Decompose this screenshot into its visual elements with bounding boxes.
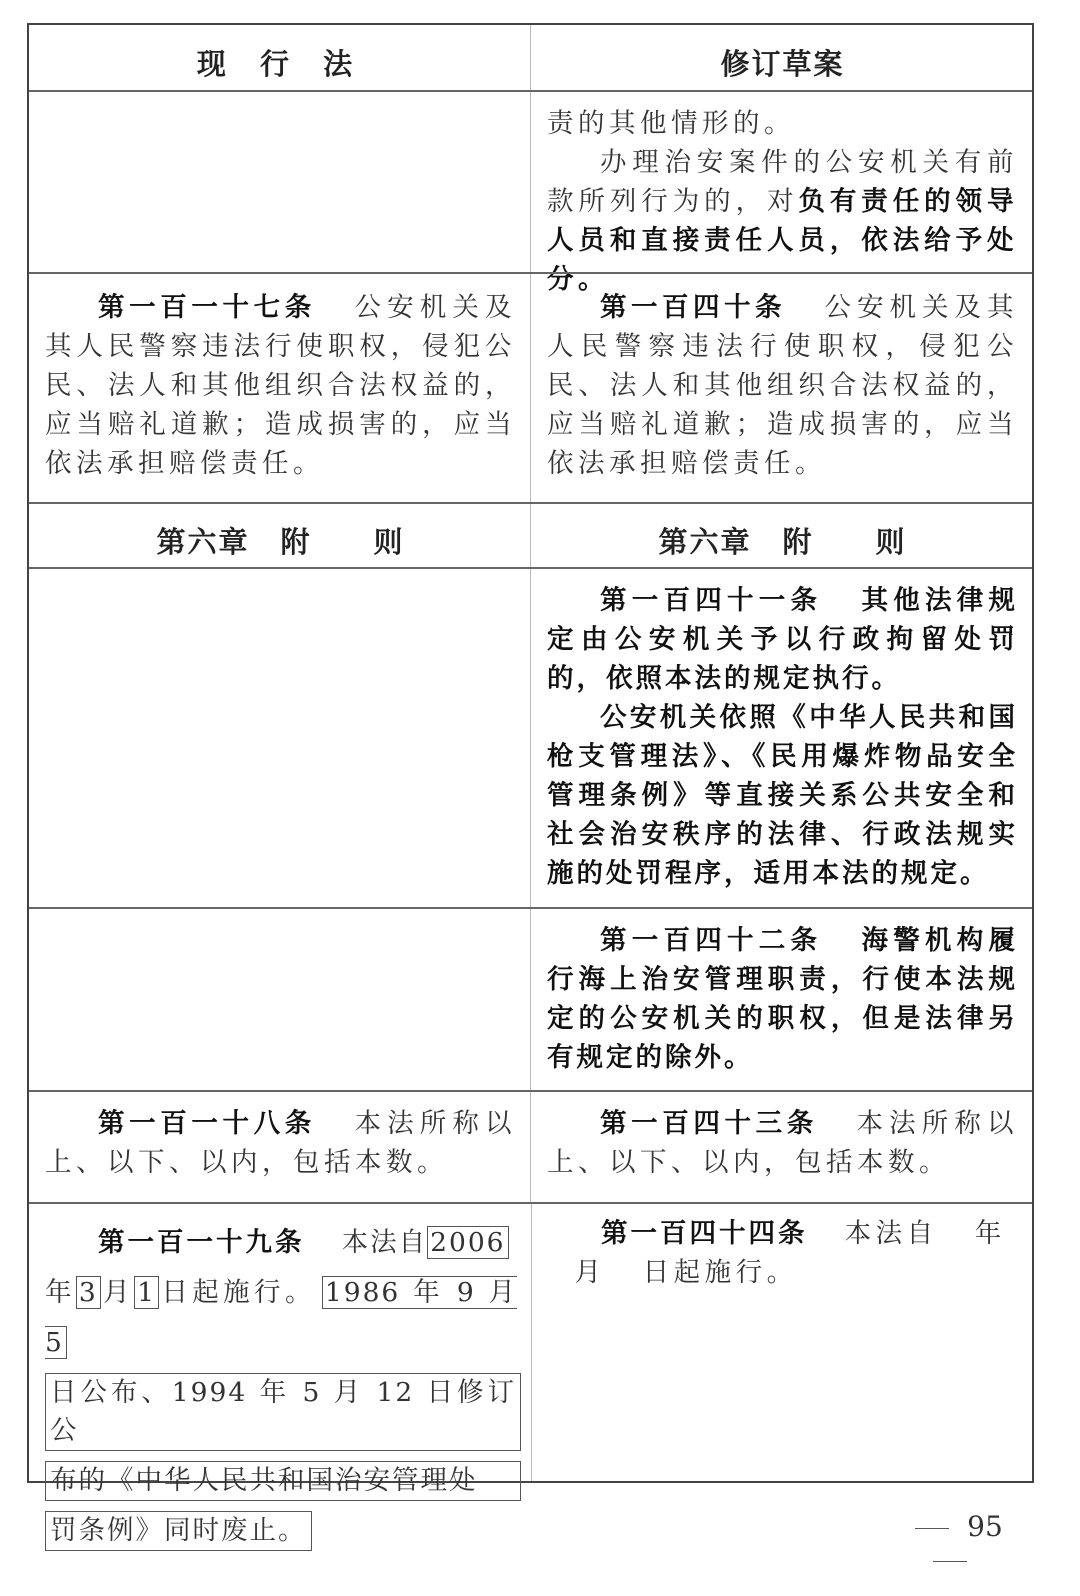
article-text: 年 xyxy=(975,1218,1006,1249)
table-row: 第一百四十一条其他法律规定由公安机关予以行政拘留处罚的，依照本法的规定执行。 公… xyxy=(29,567,1032,907)
article-text: 月 xyxy=(101,1277,134,1308)
header-revised-draft: 修订草案 xyxy=(531,25,1032,90)
table-row: 第一百一十七条公安机关及其人民警察违法行使职权，侵犯公民、法人和其他组织合法权益… xyxy=(29,272,1032,502)
deleted-month: 3 xyxy=(76,1276,101,1309)
cell-revised: 责的其他情形的。 办理治安案件的公安机关有前款所列行为的，对负有责任的领导人员和… xyxy=(531,92,1032,272)
article-number: 第一百一十九条 xyxy=(98,1227,305,1258)
header-current-law: 现 行 法 xyxy=(29,25,531,90)
article-number: 第一百四十三条 xyxy=(600,1108,818,1139)
article-text: 月 xyxy=(575,1257,606,1288)
cell-current-empty xyxy=(29,909,531,1090)
cell-revised: 第一百四十四条本法自年 月日起施行。 xyxy=(532,1204,1032,1481)
article-text: 本法自 xyxy=(845,1218,938,1249)
page-number: 95 xyxy=(870,1510,1030,1576)
article-text: 年 xyxy=(45,1277,76,1308)
article-text: 公安机关依照《中华人民共和国枪支管理法》、《民用爆炸物品安全管理条例》等直接关系… xyxy=(547,698,1018,893)
cell-current: 第一百一十九条本法自2006 年3月1日起施行。1986 年 9 月 5 日公布… xyxy=(29,1204,532,1481)
deleted-text: 布的《中华人民共和国治安管理处 xyxy=(45,1461,521,1501)
cell-revised: 第一百四十二条海警机构履行海上治安管理职责，行使本法规定的公安机关的职权，但是法… xyxy=(531,909,1032,1090)
cell-current: 第一百一十八条本法所称以上、以下、以内，包括本数。 xyxy=(29,1092,531,1202)
deleted-text: 罚条例》同时废止。 xyxy=(45,1511,312,1551)
chapter-heading: 第六章 附 则 xyxy=(29,504,531,567)
deleted-day: 1 xyxy=(134,1276,159,1309)
table-row: 第一百一十九条本法自2006 年3月1日起施行。1986 年 9 月 5 日公布… xyxy=(29,1202,1032,1481)
article-text: 本法自 xyxy=(342,1227,428,1258)
dash-decoration xyxy=(933,1561,967,1562)
article-number: 第一百一十七条 xyxy=(98,292,316,323)
paragraph-text: 责的其他情形的。 xyxy=(547,104,1018,143)
cell-current: 第一百一十七条公安机关及其人民警察违法行使职权，侵犯公民、法人和其他组织合法权益… xyxy=(29,274,531,502)
cell-current-empty xyxy=(29,569,531,907)
article-number: 第一百四十条 xyxy=(600,292,786,323)
article-number: 第一百四十一条 xyxy=(600,585,822,616)
article-number: 第一百四十四条 xyxy=(601,1218,808,1249)
table-row: 责的其他情形的。 办理治安案件的公安机关有前款所列行为的，对负有责任的领导人员和… xyxy=(29,90,1032,272)
page-number-text: 95 xyxy=(967,1510,1003,1543)
chapter-heading: 第六章 附 则 xyxy=(531,504,1032,567)
table-row: 第一百一十八条本法所称以上、以下、以内，包括本数。 第一百四十三条本法所称以上、… xyxy=(29,1090,1032,1202)
deleted-year: 2006 xyxy=(427,1226,508,1259)
table-row: 第一百四十二条海警机构履行海上治安管理职责，行使本法规定的公安机关的职权，但是法… xyxy=(29,907,1032,1090)
cell-revised: 第一百四十条公安机关及其人民警察违法行使职权，侵犯公民、法人和其他组织合法权益的… xyxy=(531,274,1032,502)
comparison-table: 现 行 法 修订草案 责的其他情形的。 办理治安案件的公安机关有前款所列行为的，… xyxy=(27,23,1034,1483)
cell-current-empty xyxy=(29,92,531,272)
deleted-text: 日公布、1994 年 5 月 12 日修订公 xyxy=(45,1373,521,1451)
article-text: 日起施行。 xyxy=(643,1257,798,1288)
article-number: 第一百一十八条 xyxy=(98,1108,316,1139)
article-text: 日起施行。 xyxy=(159,1277,316,1308)
table-header-row: 现 行 法 修订草案 xyxy=(29,25,1032,90)
cell-revised: 第一百四十一条其他法律规定由公安机关予以行政拘留处罚的，依照本法的规定执行。 公… xyxy=(531,569,1032,907)
dash-decoration xyxy=(915,1528,949,1529)
cell-revised: 第一百四十三条本法所称以上、以下、以内，包括本数。 xyxy=(531,1092,1032,1202)
article-number: 第一百四十二条 xyxy=(600,925,822,956)
chapter-row: 第六章 附 则 第六章 附 则 xyxy=(29,502,1032,567)
